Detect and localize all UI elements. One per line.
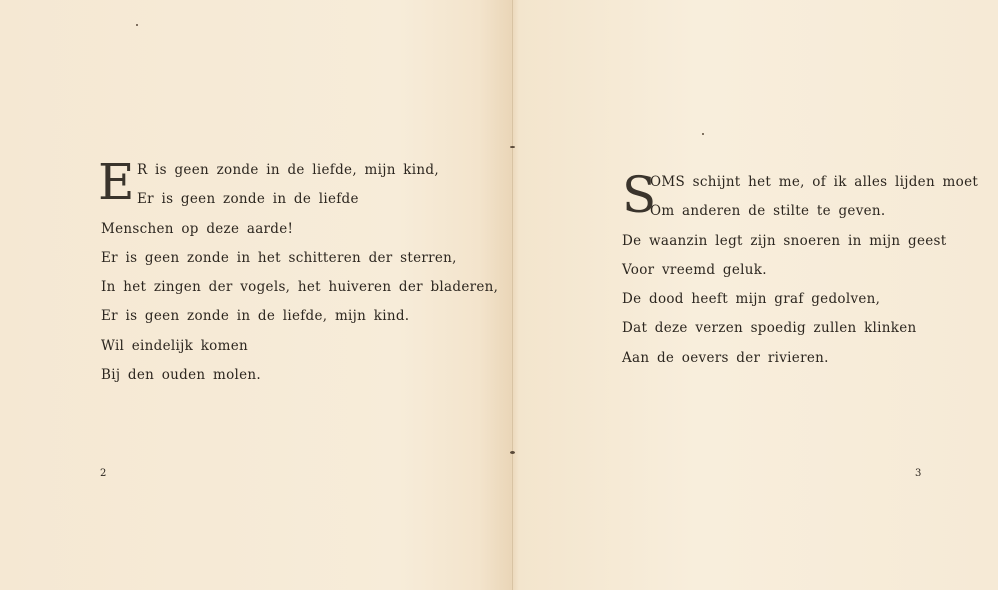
poem-line: Bij den ouden molen.	[101, 361, 498, 390]
poem-line: Menschen op deze aarde!	[101, 215, 498, 244]
poem-line: Er is geen zonde in de liefde	[101, 185, 498, 214]
paper-speck	[702, 133, 704, 135]
left-poem: R is geen zonde in de liefde, mijn kind,…	[101, 156, 498, 390]
poem-line: OMS schijnt het me, of ik alles lijden m…	[622, 168, 978, 197]
page-number-left: 2	[100, 468, 106, 479]
right-page: S OMS schijnt het me, of ik alles lijden…	[513, 0, 998, 590]
page-number-right: 3	[915, 468, 921, 479]
book-spread: E R is geen zonde in de liefde, mijn kin…	[0, 0, 998, 590]
poem-line: R is geen zonde in de liefde, mijn kind,	[101, 156, 498, 185]
right-poem: OMS schijnt het me, of ik alles lijden m…	[622, 168, 978, 373]
left-page: E R is geen zonde in de liefde, mijn kin…	[0, 0, 513, 590]
poem-line: De dood heeft mijn graf gedolven,	[622, 285, 978, 314]
poem-line: Wil eindelijk komen	[101, 332, 498, 361]
poem-line: Om anderen de stilte te geven.	[622, 197, 978, 226]
poem-line: Er is geen zonde in de liefde, mijn kind…	[101, 302, 498, 331]
poem-line: In het zingen der vogels, het huiveren d…	[101, 273, 498, 302]
poem-line: Voor vreemd geluk.	[622, 256, 978, 285]
poem-line: Dat deze verzen spoedig zullen klinken	[622, 314, 978, 343]
poem-line: Aan de oevers der rivieren.	[622, 344, 978, 373]
poem-line: De waanzin legt zijn snoeren in mijn gee…	[622, 227, 978, 256]
poem-line: Er is geen zonde in het schitteren der s…	[101, 244, 498, 273]
paper-speck	[136, 24, 138, 26]
